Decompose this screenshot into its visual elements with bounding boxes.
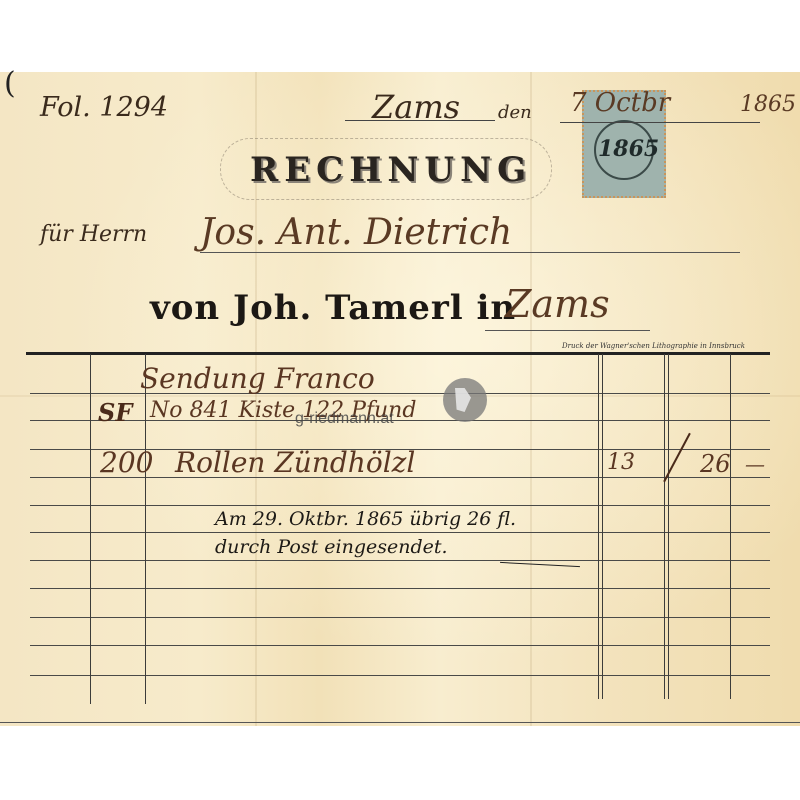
ledger-row-line: [30, 532, 770, 533]
ledger-row-line: [30, 588, 770, 589]
issuer-place: Zams: [505, 282, 610, 326]
watermark-text: g-riedmann.at: [295, 410, 394, 428]
logo-circle-icon: [443, 378, 487, 422]
folio-number: Fol. 1294: [40, 92, 168, 123]
ledger-column-line: [664, 354, 669, 699]
underline: [345, 120, 495, 121]
ledger-row-line: [30, 675, 770, 676]
fold-line: [0, 395, 800, 397]
table-top-rule: [26, 352, 770, 355]
note-line: durch Post eingesendet.: [215, 536, 448, 558]
paper-bottom-rule: [0, 722, 800, 723]
ledger-column-line: [598, 354, 603, 699]
underline: [485, 330, 650, 331]
line-item-description: Rollen Zündhölzl: [175, 446, 415, 479]
recipient-label: für Herrn: [40, 222, 147, 247]
ledger-column-line: [730, 354, 731, 699]
line-item-description: Sendung Franco: [140, 362, 375, 395]
line-item-mark: SF: [98, 398, 132, 427]
ledger-row-line: [30, 645, 770, 646]
ledger-column-line: [90, 354, 91, 704]
ledger-row-line: [30, 560, 770, 561]
date-year: 1865: [740, 92, 796, 117]
date-prefix: den: [498, 102, 532, 123]
document-title: RECHNUNG: [250, 150, 532, 190]
underline: [200, 252, 740, 253]
line-item-amount-b: 26: [700, 450, 731, 478]
ledger-column-line: [145, 354, 146, 704]
ledger-row-line: [30, 617, 770, 618]
ledger-row-line: [30, 505, 770, 506]
line-item-suffix: —: [745, 452, 765, 476]
note-line: Am 29. Oktbr. 1865 übrig 26 fl.: [215, 508, 516, 530]
printer-credit: Druck der Wagner'schen Lithographie in I…: [562, 342, 745, 350]
margin-mark: (: [4, 66, 16, 101]
logo-shape-icon: [455, 388, 471, 412]
stamp-cancel-mark: 1865: [598, 136, 659, 162]
line-item-quantity: 200: [100, 446, 153, 479]
underline: [560, 122, 760, 123]
line-item-amount-a: 13: [607, 450, 635, 475]
recipient-name: Jos. Ant. Dietrich: [200, 212, 512, 253]
date-month: 7 Octbr: [570, 88, 670, 118]
issuer-line: von Joh. Tamerl in: [150, 288, 516, 328]
